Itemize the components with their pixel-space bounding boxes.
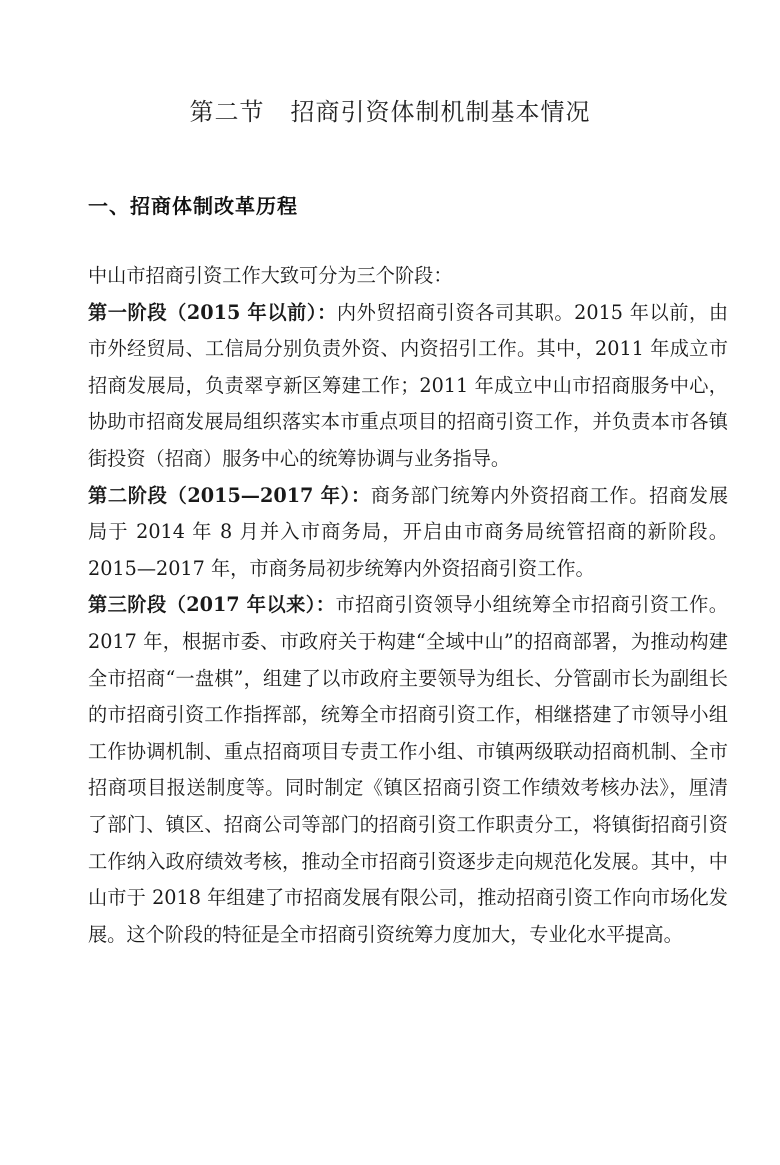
stage-1-lead: 第一阶段（2015 年以前）： bbox=[88, 301, 337, 324]
section-title-text: 招商引资体制机制基本情况 bbox=[291, 98, 591, 126]
stage-3-lead: 第三阶段（2017 年以来）： bbox=[88, 593, 335, 616]
stage-paragraph-2: 第二阶段（2015—2017 年）：商务部门统筹内外资招商工作。招商发展局于 2… bbox=[88, 478, 728, 588]
stage-paragraph-3: 第三阶段（2017 年以来）：市招商引资领导小组统筹全市招商引资工作。2017 … bbox=[88, 587, 728, 953]
stage-3-text: 市招商引资领导小组统筹全市招商引资工作。2017 年，根据市委、市政府关于构建“… bbox=[88, 593, 728, 945]
subheading-reform-history: 一、招商体制改革历程 bbox=[88, 190, 298, 219]
intro-text: 中山市招商引资工作大致可分为三个阶段： bbox=[88, 264, 453, 287]
stage-paragraph-1: 第一阶段（2015 年以前）：内外贸招商引资各司其职。2015 年以前，由市外经… bbox=[88, 295, 728, 478]
stage-1-text: 内外贸招商引资各司其职。2015 年以前，由市外经贸局、工信局分别负责外资、内资… bbox=[88, 301, 728, 470]
intro-paragraph: 中山市招商引资工作大致可分为三个阶段： bbox=[88, 258, 728, 295]
section-number: 第二节 bbox=[190, 98, 265, 126]
body-text: 中山市招商引资工作大致可分为三个阶段： 第一阶段（2015 年以前）：内外贸招商… bbox=[88, 258, 728, 953]
document-page: 第二节招商引资体制机制基本情况 一、招商体制改革历程 中山市招商引资工作大致可分… bbox=[0, 0, 780, 1165]
stage-2-lead: 第二阶段（2015—2017 年）： bbox=[88, 484, 371, 507]
section-title: 第二节招商引资体制机制基本情况 bbox=[0, 92, 780, 127]
